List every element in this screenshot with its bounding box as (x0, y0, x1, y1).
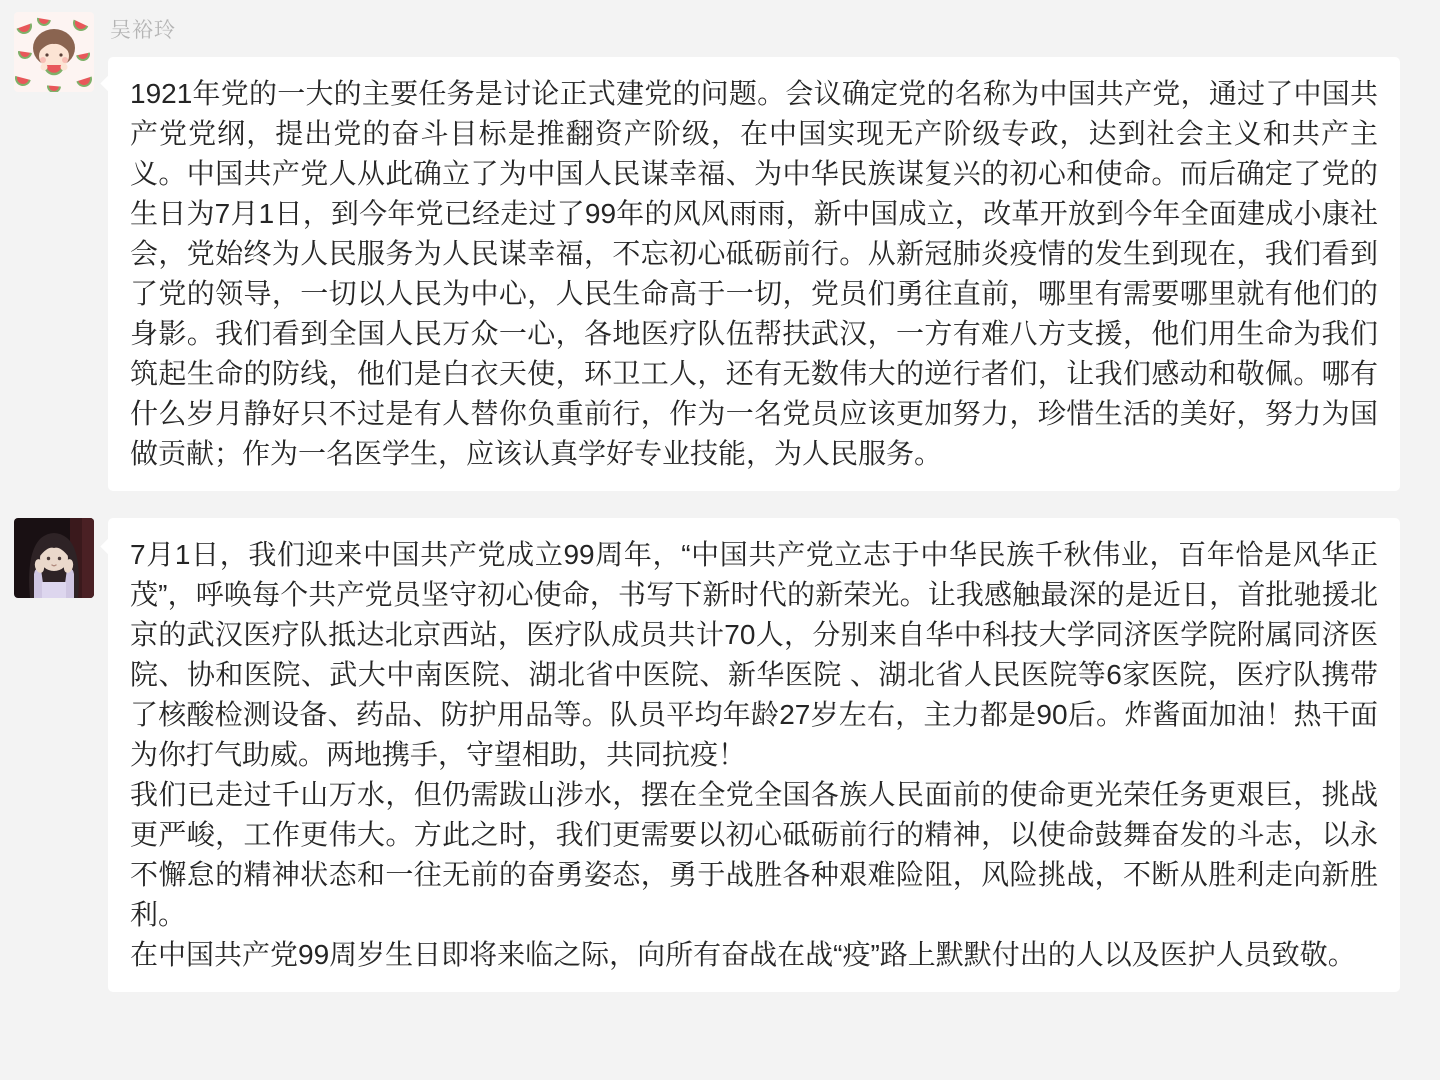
message-row: 7月1日，我们迎来中国共产党成立99周年，“中国共产党立志于中华民族千秋伟业，百… (14, 518, 1426, 992)
dark-girl-avatar-image (14, 518, 94, 598)
message-row: 吴裕玲 1921年党的一大的主要任务是讨论正式建党的问题。会议确定党的名称为中国… (14, 12, 1426, 491)
bubble-tail (100, 537, 118, 555)
message-text: 1921年党的一大的主要任务是讨论正式建党的问题。会议确定党的名称为中国共产党，… (130, 74, 1378, 474)
sender-name: 吴裕玲 (110, 14, 1426, 44)
message-text: 7月1日，我们迎来中国共产党成立99周年，“中国共产党立志于中华民族千秋伟业，百… (130, 535, 1378, 975)
message-column: 吴裕玲 1921年党的一大的主要任务是讨论正式建党的问题。会议确定党的名称为中国… (108, 12, 1426, 491)
chat-log: 吴裕玲 1921年党的一大的主要任务是讨论正式建党的问题。会议确定党的名称为中国… (0, 0, 1440, 1004)
watermelon-girl-avatar[interactable] (14, 12, 94, 92)
message-bubble: 7月1日，我们迎来中国共产党成立99周年，“中国共产党立志于中华民族千秋伟业，百… (108, 518, 1400, 992)
dark-girl-avatar[interactable] (14, 518, 94, 598)
watermelon-girl-avatar-image (14, 12, 94, 92)
bubble-tail (100, 74, 118, 92)
message-column: 7月1日，我们迎来中国共产党成立99周年，“中国共产党立志于中华民族千秋伟业，百… (108, 518, 1426, 992)
message-bubble: 1921年党的一大的主要任务是讨论正式建党的问题。会议确定党的名称为中国共产党，… (108, 57, 1400, 491)
